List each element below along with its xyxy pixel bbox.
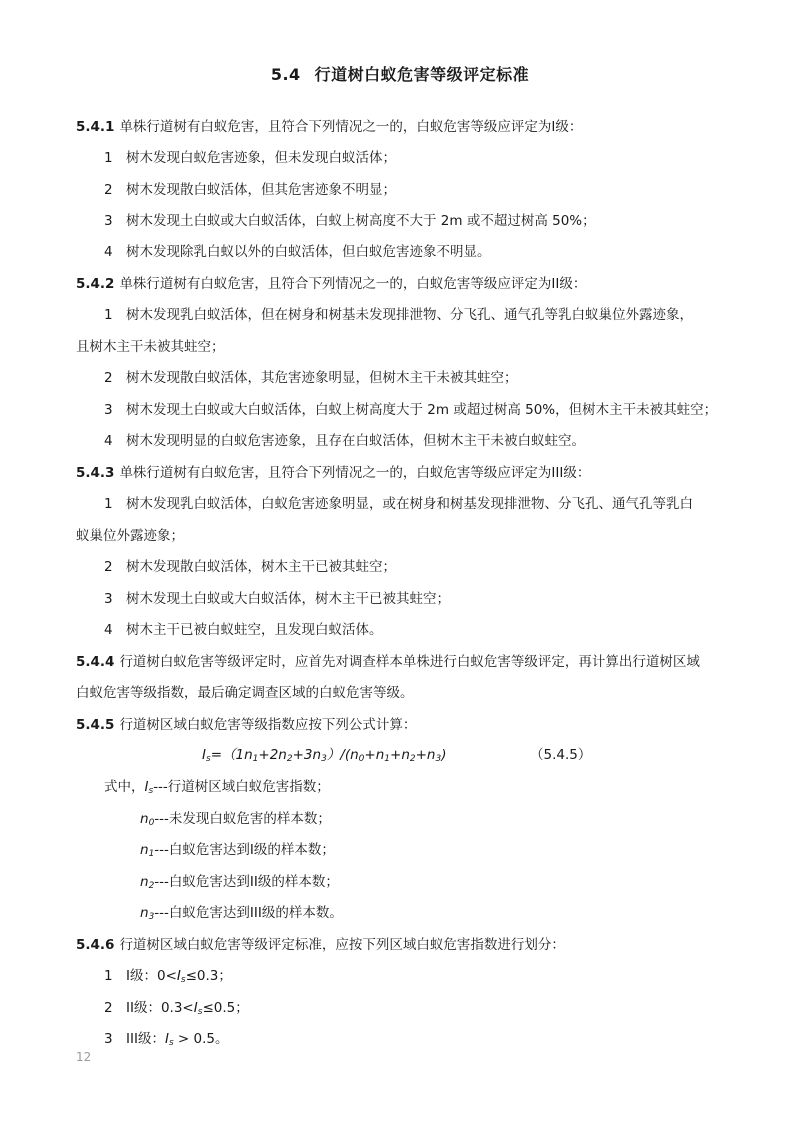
- var-definition: n0---未发现白蚁危害的样本数；: [140, 810, 331, 832]
- equation-number: （5.4.5）: [530, 746, 591, 764]
- page-number: 12: [76, 1050, 91, 1064]
- list-item: 2树木发现散白蚁活体，但其危害迹象不明显；: [104, 181, 396, 199]
- item-index: 3: [104, 212, 126, 230]
- clause-number: 5.4.6: [76, 937, 114, 953]
- clause-5-4-4: 5.4.4行道树白蚁危害等级评定时，应首先对调查样本单株进行白蚁危害等级评定，再…: [76, 653, 700, 671]
- item-index: 4: [104, 243, 126, 261]
- item-text: 树木发现土白蚁或大白蚁活体，白蚁上树高度大于 2m 或超过树高 50%，但树木主…: [126, 402, 717, 418]
- item-index: 3: [104, 590, 126, 608]
- list-item: 1树木发现乳白蚁活体，白蚁危害迹象明显，或在树身和树基发现排泄物、分飞孔、通气孔…: [104, 495, 693, 513]
- grade-item: 1I级：0<Is≤0.3；: [104, 967, 232, 989]
- item-index: 4: [104, 621, 126, 639]
- item-text: 树木发现土白蚁或大白蚁活体，树木主干已被其蛀空；: [126, 591, 450, 607]
- item-text: 树木发现明显的白蚁危害迹象，且存在白蚁活体，但树木主干未被白蚁蛀空。: [126, 433, 585, 449]
- list-item-continuation: 蚁巢位外露迹象；: [76, 527, 184, 545]
- list-item: 2树木发现散白蚁活体，其危害迹象明显，但树木主干未被其蛀空；: [104, 369, 518, 387]
- clause-text: 行道树区域白蚁危害等级指数应按下列公式计算：: [119, 717, 416, 733]
- item-index: 1: [104, 149, 126, 167]
- clause-5-4-1: 5.4.1单株行道树有白蚁危害，且符合下列情况之一的，白蚁危害等级应评定为I级：: [76, 118, 582, 136]
- grade-item: 3III级：Is > 0.5。: [104, 1030, 229, 1052]
- formula-lhs: Is: [202, 747, 211, 763]
- where-intro: 式中，: [104, 779, 145, 795]
- item-index: 1: [104, 495, 126, 513]
- item-text: 树木发现白蚁危害迹象，但未发现白蚁活体；: [126, 150, 396, 166]
- item-index: 3: [104, 401, 126, 419]
- clause-number: 5.4.1: [76, 119, 114, 135]
- item-text: 树木发现土白蚁或大白蚁活体，白蚁上树高度不大于 2m 或不超过树高 50%；: [126, 213, 596, 229]
- clause-text: 单株行道树有白蚁危害，且符合下列情况之一的，白蚁危害等级应评定为III级：: [119, 465, 590, 481]
- item-text: 树木主干已被白蚁蛀空，且发现白蚁活体。: [126, 622, 383, 638]
- item-text: 树木发现散白蚁活体，树木主干已被其蛀空；: [126, 559, 396, 575]
- clause-text: 行道树区域白蚁危害等级评定标准，应按下列区域白蚁危害指数进行划分：: [119, 937, 565, 953]
- clause-5-4-2: 5.4.2单株行道树有白蚁危害，且符合下列情况之一的，白蚁危害等级应评定为II级…: [76, 275, 586, 293]
- item-text: 树木发现乳白蚁活体，白蚁危害迹象明显，或在树身和树基发现排泄物、分飞孔、通气孔等…: [126, 496, 693, 512]
- item-text: 树木发现除乳白蚁以外的白蚁活体，但白蚁危害迹象不明显。: [126, 244, 491, 260]
- grade-item: 2II级：0.3<Is≤0.5；: [104, 999, 249, 1021]
- section-number: 5.4: [271, 65, 301, 84]
- section-heading: 行道树白蚁危害等级评定标准: [315, 65, 530, 84]
- list-item: 4树木主干已被白蚁蛀空，且发现白蚁活体。: [104, 621, 383, 639]
- clause-text: 单株行道树有白蚁危害，且符合下列情况之一的，白蚁危害等级应评定为II级：: [119, 276, 586, 292]
- clause-5-4-3: 5.4.3单株行道树有白蚁危害，且符合下列情况之一的，白蚁危害等级应评定为III…: [76, 464, 590, 482]
- list-item: 3树木发现土白蚁或大白蚁活体，树木主干已被其蛀空；: [104, 590, 450, 608]
- clause-text: 单株行道树有白蚁危害，且符合下列情况之一的，白蚁危害等级应评定为I级：: [119, 119, 582, 135]
- var-definition: n2---白蚁危害达到II级的样本数；: [140, 873, 339, 895]
- list-item: 2树木发现散白蚁活体，树木主干已被其蛀空；: [104, 558, 396, 576]
- clause-5-4-6: 5.4.6行道树区域白蚁危害等级评定标准，应按下列区域白蚁危害指数进行划分：: [76, 936, 565, 954]
- var-desc: ---行道树区域白蚁危害指数；: [153, 779, 330, 795]
- section-title: 5.4行道树白蚁危害等级评定标准: [0, 62, 800, 85]
- item-index: 1: [104, 306, 126, 324]
- where-line: 式中，Is---行道树区域白蚁危害指数；: [104, 778, 330, 800]
- clause-number: 5.4.2: [76, 276, 114, 292]
- clause-number: 5.4.3: [76, 465, 114, 481]
- list-item-continuation: 且树木主干未被其蛀空；: [76, 338, 225, 356]
- list-item: 4树木发现明显的白蚁危害迹象，且存在白蚁活体，但树木主干未被白蚁蛀空。: [104, 432, 585, 450]
- list-item: 3树木发现土白蚁或大白蚁活体，白蚁上树高度不大于 2m 或不超过树高 50%；: [104, 212, 596, 230]
- item-text: 树木发现散白蚁活体，但其危害迹象不明显；: [126, 182, 396, 198]
- item-index: 4: [104, 432, 126, 450]
- item-index: 2: [104, 369, 126, 387]
- clause-text: 行道树白蚁危害等级评定时，应首先对调查样本单株进行白蚁危害等级评定，再计算出行道…: [119, 654, 700, 670]
- list-item: 1树木发现白蚁危害迹象，但未发现白蚁活体；: [104, 149, 396, 167]
- list-item: 4树木发现除乳白蚁以外的白蚁活体，但白蚁危害迹象不明显。: [104, 243, 491, 261]
- document-page: 5.4行道树白蚁危害等级评定标准 5.4.1单株行道树有白蚁危害，且符合下列情况…: [0, 0, 800, 1130]
- var-definition: n1---白蚁危害达到I级的样本数；: [140, 841, 335, 863]
- item-index: 2: [104, 558, 126, 576]
- var-definition: n3---白蚁危害达到III级的样本数。: [140, 904, 343, 926]
- clause-5-4-5: 5.4.5行道树区域白蚁危害等级指数应按下列公式计算：: [76, 716, 416, 734]
- clause-number: 5.4.5: [76, 717, 114, 733]
- formula: Is=（1n1+2n2+3n3）/(n0+n1+n2+n3): [202, 746, 447, 768]
- item-index: 2: [104, 181, 126, 199]
- list-item: 1树木发现乳白蚁活体，但在树身和树基未发现排泄物、分飞孔、通气孔等乳白蚁巢位外露…: [104, 306, 693, 324]
- list-item: 3树木发现土白蚁或大白蚁活体，白蚁上树高度大于 2m 或超过树高 50%，但树木…: [104, 401, 717, 419]
- item-text: 树木发现乳白蚁活体，但在树身和树基未发现排泄物、分飞孔、通气孔等乳白蚁巢位外露迹…: [126, 307, 693, 323]
- item-text: 树木发现散白蚁活体，其危害迹象明显，但树木主干未被其蛀空；: [126, 370, 518, 386]
- clause-continuation: 白蚁危害等级指数，最后确定调查区域的白蚁危害等级。: [76, 684, 414, 702]
- clause-number: 5.4.4: [76, 654, 114, 670]
